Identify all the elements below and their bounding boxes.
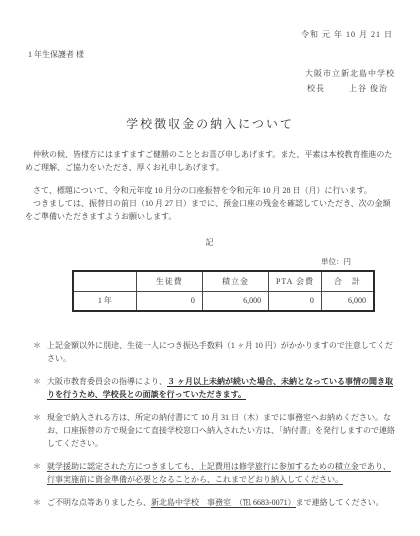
- note-text-segment: 上記金額以外に別途、生徒一人につき振込手数料（1 ヶ月 10 円）がかかりますの…: [47, 341, 393, 363]
- note-text-segment: 就学援助に認定された方につきましても、上記費用は修学旅行に参加するための積立金で…: [47, 462, 391, 485]
- note-bullet: ＊: [33, 411, 47, 450]
- ki-mark: 記: [25, 236, 395, 249]
- fee-table: 生徒費積立金PTA 会費合 計 1 年06,00006,000: [72, 270, 375, 312]
- note-bullet: ＊: [33, 339, 47, 365]
- note-item: ＊現金で納入される方は、所定の納付書にて 10 月 31 日（木）までに事務室へ…: [33, 411, 395, 450]
- fee-table-value-cell: 0: [136, 291, 202, 311]
- fee-table-header-cell: 生徒費: [136, 271, 202, 291]
- fee-table-row-label: 1 年: [73, 291, 136, 311]
- note-item: ＊ご不明な点等ありましたら、新北島中学校 事務室 （℡ 6683-0071）まで…: [33, 496, 395, 509]
- note-bullet: ＊: [33, 496, 47, 509]
- fee-table-body: 1 年06,00006,000: [73, 291, 374, 311]
- fee-table-header: 生徒費積立金PTA 会費合 計: [73, 271, 374, 291]
- document-title: 学校徴収金の納入について: [25, 118, 395, 131]
- notes-list: ＊上記金額以外に別途、生徒一人につき振込手数料（1 ヶ月 10 円）がかかります…: [25, 339, 395, 509]
- note-text: 大阪市教育委員会の指導により、３ ヶ月以上未納が続いた場合、未納となっている事情…: [47, 375, 395, 401]
- fee-table-header-cell: PTA 会費: [269, 271, 322, 291]
- note-text-segment: 大阪市教育委員会の指導により、: [47, 377, 167, 386]
- note-bullet: ＊: [33, 375, 47, 401]
- fee-table-row: 1 年06,00006,000: [73, 291, 374, 311]
- fee-table-header-cell: 積立金: [202, 271, 268, 291]
- principal-line: 校長上谷 俊治: [25, 82, 395, 95]
- principal-title: 校長: [307, 84, 325, 93]
- fee-table-value-cell: 6,000: [321, 291, 374, 311]
- note-item: ＊就学援助に認定された方につきましても、上記費用は修学旅行に参加するための積立金…: [33, 460, 395, 486]
- sender-block: 大阪市立新北島中学校 校長上谷 俊治: [25, 67, 395, 95]
- recipient-line: 1 年生保護者 様: [25, 48, 395, 61]
- note-item: ＊大阪市教育委員会の指導により、３ ヶ月以上未納が続いた場合、未納となっている事…: [33, 375, 395, 401]
- document-page: 令和 元 年 10 月 21 日 1 年生保護者 様 大阪市立新北島中学校 校長…: [0, 0, 420, 529]
- note-text: ご不明な点等ありましたら、新北島中学校 事務室 （℡ 6683-0071）まで連…: [47, 496, 395, 509]
- school-name: 大阪市立新北島中学校: [25, 67, 395, 80]
- note-text-segment: 現金で納入される方は、所定の納付書にて 10 月 31 日（木）までに事務室へお…: [47, 413, 395, 448]
- unit-label: 単位：円: [25, 255, 351, 268]
- note-text-segment: ご不明な点等ありましたら、: [47, 498, 151, 507]
- paragraph-main: さて、標題について、令和元年度 10 月分の口座振替を令和元年 10 月 28 …: [25, 184, 395, 197]
- fee-table-header-cell: 合 計: [321, 271, 374, 291]
- note-text: 現金で納入される方は、所定の納付書にて 10 月 31 日（木）までに事務室へお…: [47, 411, 395, 450]
- paragraph-request: つきましては、振替日の前日（10 月 27 日）までに、預金口座の残金を確認して…: [25, 197, 395, 223]
- note-bullet: ＊: [33, 460, 47, 486]
- fee-table-header-cell: [73, 271, 136, 291]
- note-item: ＊上記金額以外に別途、生徒一人につき振込手数料（1 ヶ月 10 円）がかかります…: [33, 339, 395, 365]
- note-text: 就学援助に認定された方につきましても、上記費用は修学旅行に参加するための積立金で…: [47, 460, 395, 486]
- body-paragraphs: 仲秋の候、皆様方にはますますご健勝のこととお喜び申しあげます。また、平素は本校教…: [25, 148, 395, 223]
- fee-table-value-cell: 6,000: [202, 291, 268, 311]
- fee-table-value-cell: 0: [269, 291, 322, 311]
- note-text-segment: 新北島中学校 事務室 （℡ 6683-0071）: [151, 498, 296, 508]
- principal-name: 上谷 俊治: [349, 84, 388, 93]
- fee-table-header-row: 生徒費積立金PTA 会費合 計: [73, 271, 374, 291]
- document-date: 令和 元 年 10 月 21 日: [25, 28, 395, 41]
- paragraph-greeting: 仲秋の候、皆様方にはますますご健勝のこととお喜び申しあげます。また、平素は本校教…: [25, 148, 395, 174]
- note-text-segment: まで連絡してください。: [296, 498, 384, 507]
- note-text: 上記金額以外に別途、生徒一人につき振込手数料（1 ヶ月 10 円）がかかりますの…: [47, 339, 395, 365]
